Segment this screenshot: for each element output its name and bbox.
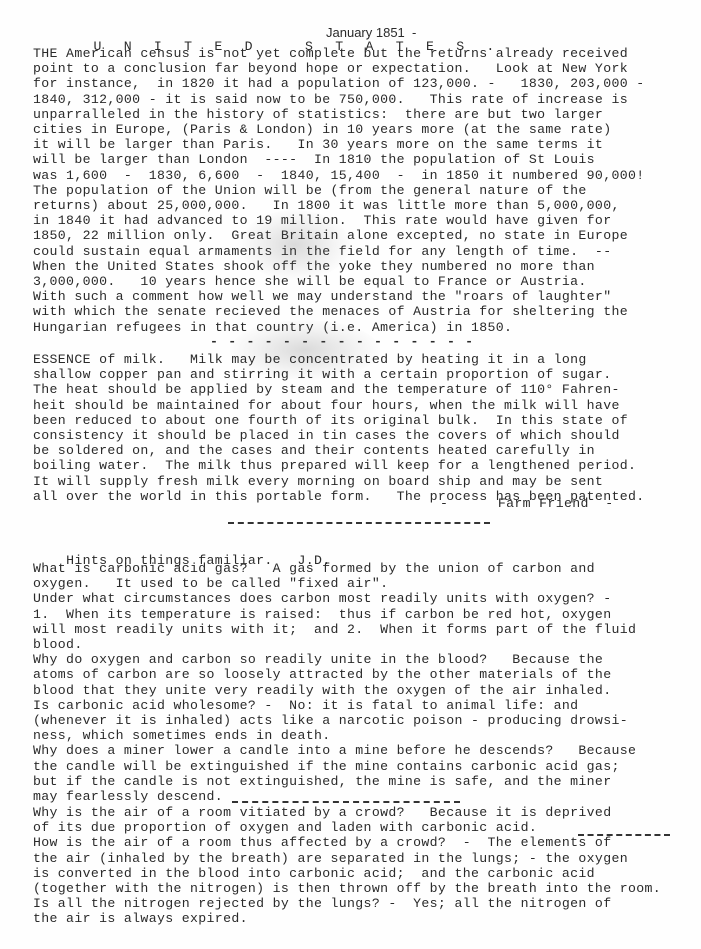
text-line: boiling water. The milk thus prepared wi… <box>33 458 636 473</box>
text-line: will most readily units with it; and 2. … <box>33 622 636 637</box>
text-line: Is carbonic acid wholesome? - No: it is … <box>33 698 578 713</box>
text-line: With such a comment how well we may unde… <box>33 289 611 304</box>
section-rule <box>232 801 460 803</box>
text-line: consistency it should be placed in tin c… <box>33 428 620 443</box>
text-line: Why is the air of a room vitiated by a c… <box>33 805 611 820</box>
typewritten-page: U N I T E D S T A T E S . January 1851 -… <box>0 0 701 949</box>
text-line: It will supply fresh milk every morning … <box>33 474 603 489</box>
text-line: What is carbonic acid gas? A gas formed … <box>33 561 595 576</box>
text-line: returns) about 25,000,000. In 1800 it wa… <box>33 198 620 213</box>
text-line: for instance, in 1820 it had a populatio… <box>33 76 645 91</box>
text-line: blood. <box>33 637 83 652</box>
text-line: is converted in the blood into carbonic … <box>33 866 595 881</box>
text-line: Is all the nitrogen rejected by the lung… <box>33 896 611 911</box>
section-rule <box>228 522 490 524</box>
date-line: January 1851 - <box>326 25 416 40</box>
text-line: ness, which sometimes ends in death. <box>33 728 331 743</box>
text-line: blood that they unite very readily with … <box>33 683 611 698</box>
text-line: cities in Europe, (Paris & London) in 10… <box>33 122 611 137</box>
text-line: heit should be maintained for about four… <box>33 398 620 413</box>
text-line: The population of the Union will be (fro… <box>33 183 587 198</box>
text-line: 1. When its temperature is raised: thus … <box>33 607 611 622</box>
text-line: be soldered on, and the cases and their … <box>33 443 595 458</box>
text-line: (together with the nitrogen) is then thr… <box>33 881 661 896</box>
text-line: Why does a miner lower a candle into a m… <box>33 743 636 758</box>
text-line: oxygen. It used to be called "fixed air"… <box>33 576 388 591</box>
text-line: been reduced to about one fourth of its … <box>33 413 628 428</box>
text-line: of its due proportion of oxygen and lade… <box>33 820 537 835</box>
text-line: with which the senate recieved the menac… <box>33 304 628 319</box>
text-line: it will be larger than Paris. In 30 year… <box>33 137 603 152</box>
text-line: (whenever it is inhaled) acts like a nar… <box>33 713 628 728</box>
text-line: The heat should be applied by steam and … <box>33 382 620 397</box>
text-line: the air (inhaled by the breath) are sepa… <box>33 851 628 866</box>
text-line: Under what circumstances does carbon mos… <box>33 591 611 606</box>
text-line: atoms of carbon are so loosely attracted… <box>33 667 611 682</box>
text-line: was 1,600 - 1830, 6,600 - 1840, 15,400 -… <box>33 168 645 183</box>
text-line: shallow copper pan and stirring it with … <box>33 367 611 382</box>
text-line: THE American census is not yet complete … <box>33 46 628 61</box>
text-line: unparralleled in the history of statisti… <box>33 107 603 122</box>
text-line: the air is always expired. <box>33 911 248 926</box>
attribution: - Farm Friend - <box>440 496 614 511</box>
text-line: point to a conclusion far beyond hope or… <box>33 61 628 76</box>
text-line: 1840, 312,000 - it is said now to be 750… <box>33 92 628 107</box>
text-line: the candle will be extinguished if the m… <box>33 759 620 774</box>
text-line: How is the air of a room thus affected b… <box>33 835 611 850</box>
text-line: ESSENCE of milk. Milk may be concentrate… <box>33 352 587 367</box>
text-line: will be larger than London ---- In 1810 … <box>33 152 595 167</box>
text-line: Why do oxygen and carbon so readily unit… <box>33 652 603 667</box>
text-line: but if the candle is not extinguished, t… <box>33 774 611 789</box>
text-line: may fearlessly descend. <box>33 789 223 804</box>
ink-smudge <box>240 210 350 280</box>
section-rule <box>578 834 670 836</box>
